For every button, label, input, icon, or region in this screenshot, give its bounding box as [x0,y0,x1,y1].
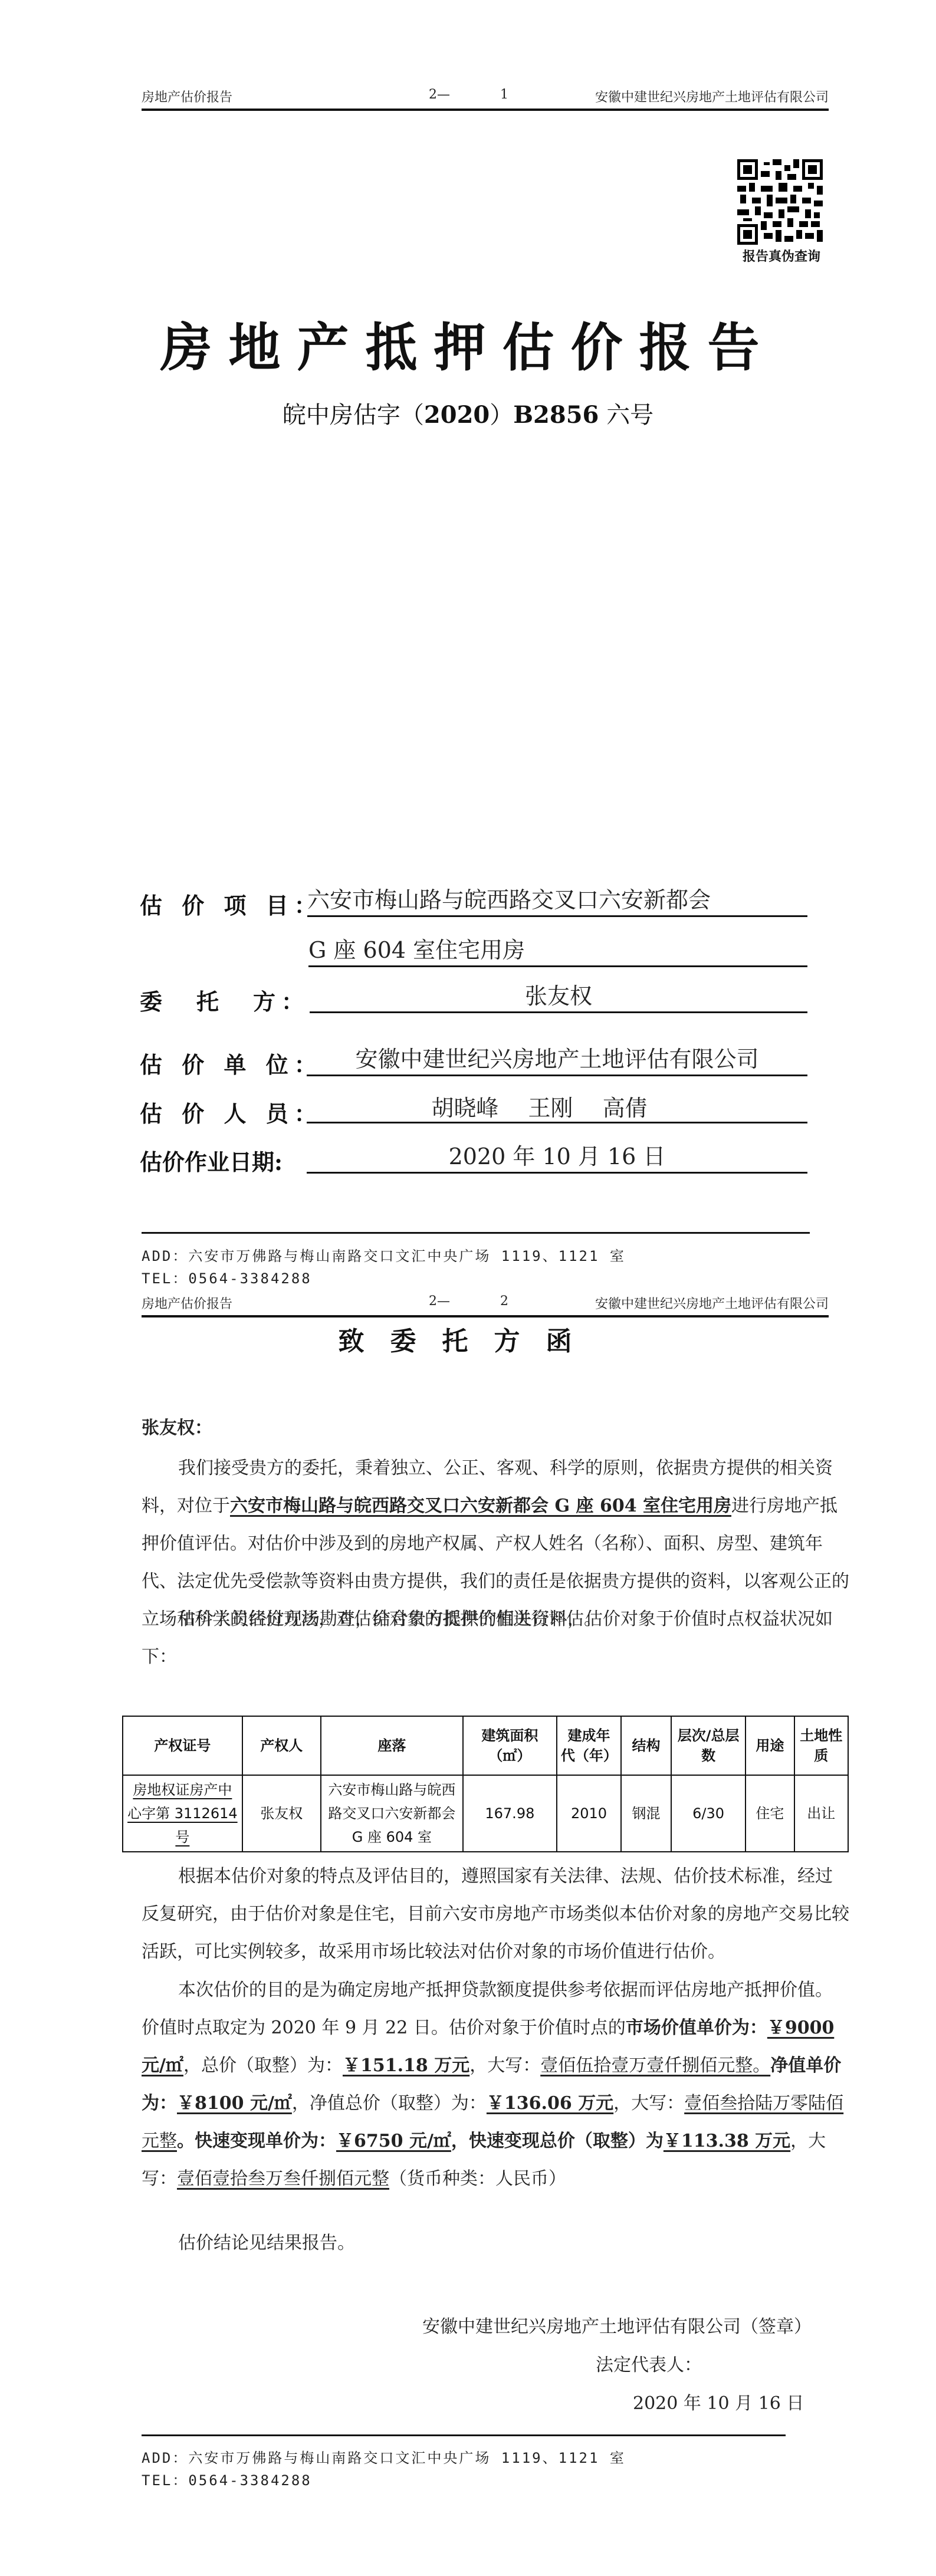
net-total-label: ，净值总价（取整）为： [292,2093,487,2114]
col-cert-no: 产权证号 [123,1716,242,1775]
field-value-firm: 安徽中建世纪兴房地产土地评估有限公司 [307,1044,807,1076]
cell-floor: 6/30 [671,1775,745,1852]
report-number-prefix: 皖中房估字（ [283,402,424,429]
cell-land-nature: 出让 [794,1775,848,1852]
cell-area: 167.98 [463,1775,557,1852]
paragraph-method: 根据本估价对象的特点及评估目的，遵照国家有关法律、法规、估价技术标准，经过反复研… [142,1858,849,1971]
col-floor: 层次/总层数 [671,1716,745,1775]
col-year-built: 建成年代（年） [557,1716,621,1775]
header-company: 安徽中建世纪兴房地产土地评估有限公司 [595,1294,829,1312]
qr-verify-label: 报告真伪查询 [731,247,832,265]
field-value-project-line2: G 座 604 室住宅用房 [308,935,807,967]
field-value-project-line1: 六安市梅山路与皖西路交叉口六安新都会 [307,885,807,917]
salutation: 张友权： [142,1409,849,1447]
report-number-paren: ） [490,402,513,429]
field-label-date: 估价作业日期: [140,1144,283,1177]
signature-date: 2020 年 10 月 16 日 [633,2388,804,2414]
field-label-appraisers: 估 价 人 员： [140,1096,323,1128]
report-number-code: B2856 [513,401,599,429]
quick-total-label: ，快速变现总价（取整）为 [451,2131,664,2151]
qr-code-icon[interactable] [737,159,823,245]
report-number-year: 2020 [424,401,490,429]
cell-owner: 张友权 [242,1775,321,1852]
header-report-type: 房地产估价报告 [142,1294,232,1312]
header-page-number: 2 [500,1294,508,1309]
market-total-label: ，总价（取整）为： [183,2055,343,2076]
quick-unit-price: ￥6750 元/㎡ [336,2131,451,2151]
cert-no-text: 房地权证房产中心字第 3112614 号 [127,1782,238,1845]
cell-cert-no: 房地权证房产中心字第 3112614 号 [123,1775,242,1852]
quick-total: ￥113.38 万元 [664,2131,790,2151]
page2-footer-tel: TEL：0564-3384288 [142,2469,312,2489]
paragraph-method-text: 根据本估价对象的特点及评估目的，遵照国家有关法律、法规、估价技术标准，经过反复研… [142,1866,849,1962]
field-label-project: 估 价 项 目： [140,888,323,920]
col-usage: 用途 [745,1716,794,1775]
header-page-prefix: 2— [429,87,450,102]
cell-structure: 钢混 [621,1775,671,1852]
table-row: 房地权证房产中心字第 3112614 号 张友权 六安市梅山路与皖西路交叉口六安… [123,1775,848,1852]
col-location: 座落 [321,1716,463,1775]
header-page-number: 1 [500,87,508,102]
market-total: ￥151.18 万元 [343,2055,469,2076]
currency-note: （货币种类：人民币） [389,2168,566,2189]
field-value-appraisers: 胡晓峰 王刚 高倩 [307,1093,807,1123]
quick-unit-label: 。快速变现单价为： [177,2131,336,2151]
cell-location: 六安市梅山路与皖西路交叉口六安新都会 G 座 604 室 [321,1775,463,1852]
market-unit-label: 市场价值单价为： [626,2018,767,2038]
report-number-tail: 六号 [606,402,653,429]
paragraph-inspection: 估价人员经过现场勘查，结合贵方提供的相关资料，估价对象于价值时点权益状况如下： [142,1601,849,1676]
signature-company: 安徽中建世纪兴房地产土地评估有限公司（签章） [422,2312,812,2338]
report-number: 皖中房估字（2020）B2856 六号 [0,396,936,430]
letter-title: 致委托方函 [0,1320,936,1358]
header-report-type: 房地产估价报告 [142,87,232,106]
signature-legal-rep: 法定代表人： [596,2350,702,2376]
net-unit-price: ￥8100 元/㎡ [177,2093,292,2114]
net-total: ￥136.06 万元 [487,2093,613,2114]
col-area: 建筑面积（㎡） [463,1716,557,1775]
col-structure: 结构 [621,1716,671,1775]
paragraph-valuation: 本次估价的目的是为确定房地产抵押贷款额度提供参考依据而评估房地产抵押价值。价值时… [142,1972,849,2198]
header-company: 安徽中建世纪兴房地产土地评估有限公司 [595,87,829,106]
field-value-client: 张友权 [310,981,807,1013]
field-label-firm: 估 价 单 位： [140,1047,323,1079]
market-words-label: ，大写： [469,2055,540,2076]
page1-footer-tel: TEL：0564-3384288 [142,1267,312,1287]
cell-usage: 住宅 [745,1775,794,1852]
header-page-prefix: 2— [429,1294,450,1309]
cell-year-built: 2010 [557,1775,621,1852]
page2-footer-address: ADD：六安市万佛路与梅山南路交口文汇中央广场 1119、1121 室 [142,2446,626,2467]
property-rights-table: 产权证号 产权人 座落 建筑面积（㎡） 建成年代（年） 结构 层次/总层数 用途… [122,1716,849,1852]
col-land-nature: 土地性质 [794,1716,848,1775]
field-value-date: 2020 年 10 月 16 日 [307,1141,807,1174]
market-total-words: 壹佰伍拾壹万壹仟捌佰元整。 [540,2055,770,2076]
page2-footer-divider [142,2434,786,2436]
page1-footer-address: ADD：六安市万佛路与梅山南路交口文汇中央广场 1119、1121 室 [142,1244,626,1265]
col-owner: 产权人 [242,1716,321,1775]
net-words-label: ，大写： [613,2093,684,2114]
page1-footer-divider [142,1232,810,1234]
field-label-client: 委 托 方： [140,984,310,1016]
paragraph-conclusion-text: 估价结论见结果报告。 [178,2233,355,2253]
quick-total-words: 壹佰壹拾叁万叁仟捌佰元整 [177,2168,389,2189]
report-title: 房地产抵押估价报告 [0,307,936,381]
property-address-highlight: 六安市梅山路与皖西路交叉口六安新都会 G 座 604 室住宅用房 [230,1496,731,1516]
paragraph-inspection-text: 估价人员经过现场勘查，结合贵方提供的相关资料，估价对象于价值时点权益状况如下： [142,1609,833,1667]
table-header-row: 产权证号 产权人 座落 建筑面积（㎡） 建成年代（年） 结构 层次/总层数 用途… [123,1716,848,1775]
page1-header: 房地产估价报告 2— 1 安徽中建世纪兴房地产土地评估有限公司 [142,83,829,111]
paragraph-conclusion: 估价结论见结果报告。 [142,2225,849,2262]
page2-header: 房地产估价报告 2— 2 安徽中建世纪兴房地产土地评估有限公司 [142,1289,829,1317]
